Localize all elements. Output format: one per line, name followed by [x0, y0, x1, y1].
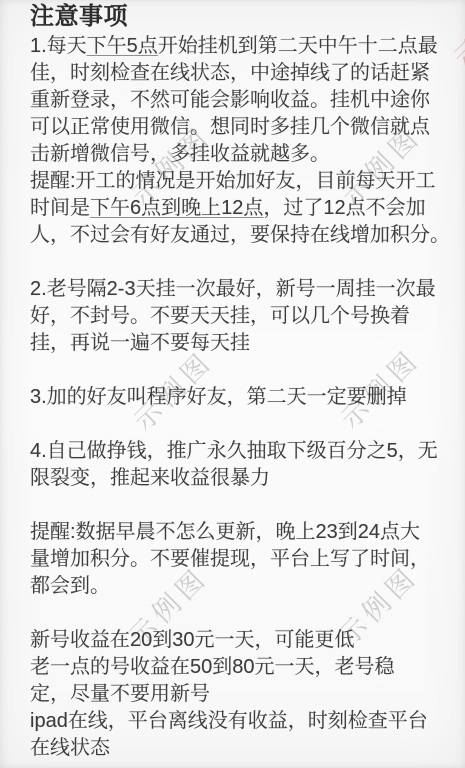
- text-segment: 1.每天: [30, 35, 87, 57]
- text-line: 老一点的号收益在50到80元一天，老号稳: [30, 654, 442, 681]
- text-line: 好，不封号。不要天天挂，可以几个号换着: [30, 303, 442, 330]
- text-segment: 老一点的号收益在50到80元一天，老号稳: [30, 656, 395, 678]
- notice-page: 示例图示例图示例图示例图示例图示例图示例图示例图 注意事项 1.每天下午5点开始…: [0, 0, 465, 768]
- text-segment: 人，不过会有好友通过，要保持在线增加积分。: [30, 224, 450, 246]
- text-line: 量增加积分。不要催提现，平台上写了时间，: [30, 546, 442, 573]
- paragraph: 2.老号隔2-3天挂一次最好，新号一周挂一次最好，不封号。不要天天挂，可以几个号…: [30, 276, 442, 357]
- text-segment: 2.老号隔2-3天挂一次最好，新号一周挂一次最: [30, 278, 436, 300]
- text-line: 在线状态: [30, 735, 442, 762]
- text-segment: 新号收益在20到30元一天，可能更低: [30, 629, 355, 651]
- paragraph: 新号收益在20到30元一天，可能更低老一点的号收益在50到80元一天，老号稳定，…: [30, 627, 442, 762]
- text-segment: 提醒:开工的情况是开始加好友，目前每天开工: [30, 170, 436, 192]
- text-line: 定，尽量不要用新号: [30, 681, 442, 708]
- text-segment: 佳，时刻检查在线状态，中途掉线了的话赶紧: [30, 62, 430, 84]
- text-line: 佳，时刻检查在线状态，中途掉线了的话赶紧: [30, 60, 442, 87]
- text-segment: 开始挂机到第二天中午十二点最: [158, 35, 438, 57]
- paragraph: 提醒:数据早晨不怎么更新，晚上23到24点大量增加积分。不要催提现，平台上写了时…: [30, 519, 442, 600]
- text-segment: 击新增微信号，多挂收益就越多。: [30, 143, 330, 165]
- text-segment: 限裂变，推起来收益很暴力: [30, 467, 270, 489]
- text-line: 重新登录，不然可能会影响收益。挂机中途你: [30, 87, 442, 114]
- text-line: ipad在线，平台离线没有收益，时刻检查平台: [30, 708, 442, 735]
- notice-body: 1.每天下午5点开始挂机到第二天中午十二点最佳，时刻检查在线状态，中途掉线了的话…: [30, 33, 442, 762]
- text-segment: 可以正常使用微信。想同时多挂几个微信就点: [30, 116, 430, 138]
- text-segment: 重新登录，不然可能会影响收益。挂机中途你: [30, 89, 430, 111]
- text-segment: 挂，再说一遍不要每天挂: [30, 332, 250, 354]
- text-line: 提醒:开工的情况是开始加好友，目前每天开工: [30, 168, 442, 195]
- text-segment: 3.加的好友叫程序好友，第二天一定要删掉: [30, 386, 407, 408]
- watermark-sample-text: 示例图: [0, 0, 11, 71]
- text-line: 时间是下午6点到晚上12点，过了12点不会加: [30, 195, 442, 222]
- time-link[interactable]: 下午5点: [87, 35, 158, 57]
- text-line: 挂，再说一遍不要每天挂: [30, 330, 442, 357]
- text-segment: ipad在线，平台离线没有收益，时刻检查平台: [30, 710, 428, 732]
- text-line: 人，不过会有好友通过，要保持在线增加积分。: [30, 222, 442, 249]
- time-link[interactable]: 下午6点到晚上12点: [90, 197, 263, 219]
- text-line: 击新增微信号，多挂收益就越多。: [30, 141, 442, 168]
- text-segment: 在线状态: [30, 737, 110, 759]
- page-title: 注意事项: [30, 1, 128, 33]
- text-line: 可以正常使用微信。想同时多挂几个微信就点: [30, 114, 442, 141]
- text-segment: 提醒:数据早晨不怎么更新，晚上23到24点大: [30, 521, 420, 543]
- text-line: 2.老号隔2-3天挂一次最好，新号一周挂一次最: [30, 276, 442, 303]
- text-line: 1.每天下午5点开始挂机到第二天中午十二点最: [30, 33, 442, 60]
- text-segment: 定，尽量不要用新号: [30, 683, 210, 705]
- text-line: 4.自己做挣钱，推广永久抽取下级百分之5，无: [30, 438, 442, 465]
- paragraph: 4.自己做挣钱，推广永久抽取下级百分之5，无限裂变，推起来收益很暴力: [30, 438, 442, 492]
- text-line: 提醒:数据早晨不怎么更新，晚上23到24点大: [30, 519, 442, 546]
- text-segment: 4.自己做挣钱，推广永久抽取下级百分之5，无: [30, 440, 438, 462]
- paragraph: 3.加的好友叫程序好友，第二天一定要删掉: [30, 384, 442, 411]
- text-segment: 好，不封号。不要天天挂，可以几个号换着: [30, 305, 410, 327]
- text-line: 都会到。: [30, 573, 442, 600]
- paragraph: 1.每天下午5点开始挂机到第二天中午十二点最佳，时刻检查在线状态，中途掉线了的话…: [30, 33, 442, 249]
- text-line: 限裂变，推起来收益很暴力: [30, 465, 442, 492]
- text-segment: ，过了12点不会加: [263, 197, 425, 219]
- text-segment: 时间是: [30, 197, 90, 219]
- text-line: 3.加的好友叫程序好友，第二天一定要删掉: [30, 384, 442, 411]
- text-segment: 量增加积分。不要催提现，平台上写了时间，: [30, 548, 430, 570]
- text-segment: 都会到。: [30, 575, 110, 597]
- watermark-sample-text: 示例图: [443, 0, 465, 75]
- text-line: 新号收益在20到30元一天，可能更低: [30, 627, 442, 654]
